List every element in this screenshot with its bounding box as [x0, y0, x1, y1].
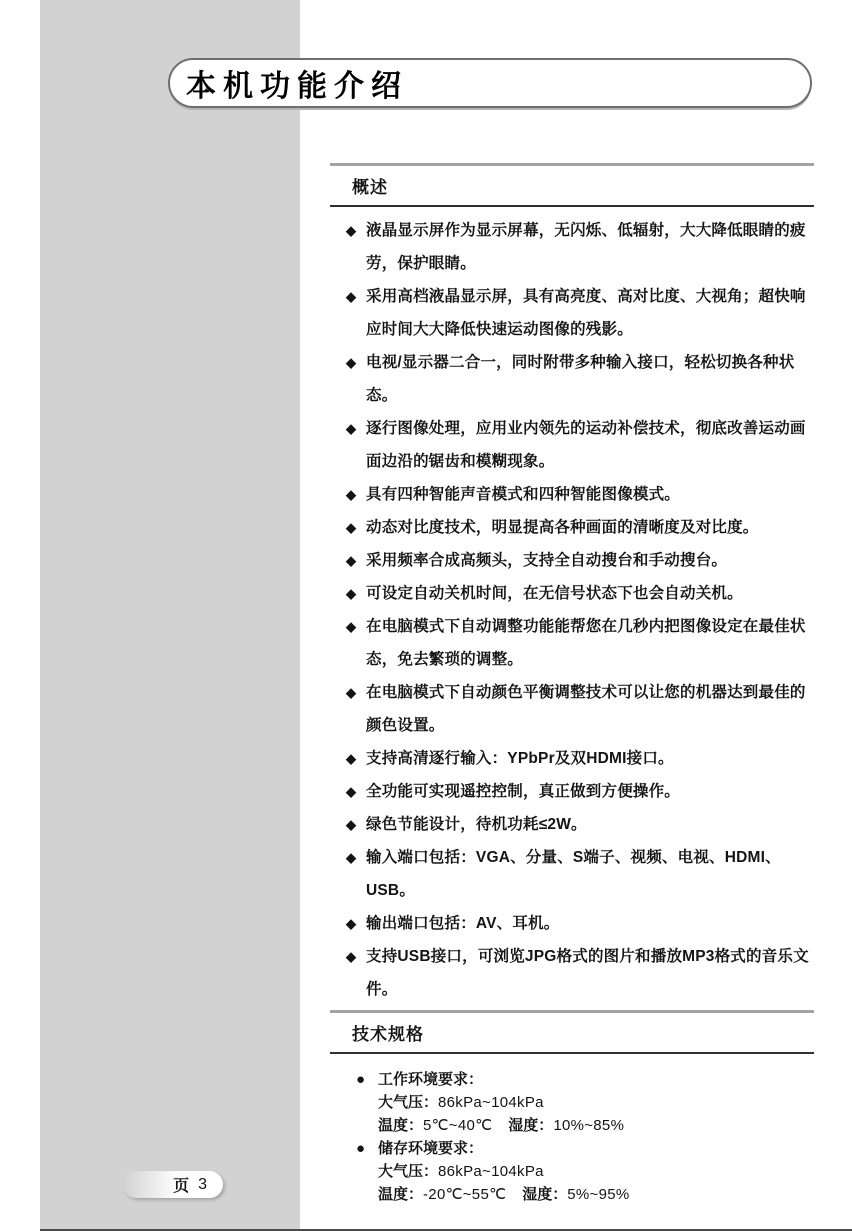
- spec-group-label: 储存环境要求：: [378, 1140, 483, 1157]
- feature-text: 电视/显示器二合一，同时附带多种输入接口，轻松切换各种状态。: [366, 354, 794, 404]
- spec-pair: 大气压：86kPa~104kPa: [378, 1163, 544, 1180]
- spec-pair: 温度：5℃~40℃: [378, 1117, 492, 1134]
- spec-label: 湿度：: [522, 1186, 567, 1203]
- feature-text: 支持USB接口，可浏览JPG格式的图片和播放MP3格式的音乐文件。: [366, 948, 809, 998]
- page-number: 3: [198, 1176, 207, 1194]
- feature-bullet: ◆全功能可实现遥控控制，真正做到方便操作。: [348, 775, 814, 808]
- feature-text: 在电脑模式下自动颜色平衡调整技术可以让您的机器达到最佳的颜色设置。: [366, 684, 806, 734]
- feature-bullet: ◆具有四种智能声音模式和四种智能图像模式。: [348, 478, 814, 511]
- diamond-bullet-icon: ◆: [346, 280, 356, 313]
- spec-group-label: 工作环境要求：: [378, 1071, 483, 1088]
- spec-value: 5℃~40℃: [423, 1117, 492, 1134]
- spec-label: 湿度：: [508, 1117, 553, 1134]
- feature-bullet: ◆采用频率合成高频头，支持全自动搜台和手动搜台。: [348, 544, 814, 577]
- spec-pair: 湿度：5%~95%: [522, 1186, 629, 1203]
- circle-bullet-icon: ●: [356, 1068, 365, 1091]
- feature-text: 全功能可实现遥控控制，真正做到方便操作。: [366, 783, 680, 800]
- spec-group-title: ●工作环境要求：: [358, 1068, 814, 1091]
- page-word-label: 页: [173, 1173, 189, 1196]
- spec-pair: 湿度：10%~85%: [508, 1117, 624, 1134]
- feature-text: 逐行图像处理，应用业内领先的运动补偿技术，彻底改善运动画面边沿的锯齿和模糊现象。: [366, 420, 806, 470]
- spec-line: 温度：-20℃~55℃湿度：5%~95%: [358, 1183, 814, 1206]
- feature-text: 动态对比度技术，明显提高各种画面的清晰度及对比度。: [366, 519, 759, 536]
- diamond-bullet-icon: ◆: [346, 676, 356, 709]
- spec-line: 大气压：86kPa~104kPa: [358, 1091, 814, 1114]
- page-title-banner: 本机功能介绍: [168, 58, 812, 108]
- feature-text: 输出端口包括：AV、耳机。: [366, 915, 559, 932]
- specs-section-header: 技术规格: [330, 1010, 814, 1054]
- feature-bullet: ◆绿色节能设计，待机功耗≤2W。: [348, 808, 814, 841]
- feature-text: 支持高清逐行输入：YPbPr及双HDMI接口。: [366, 750, 674, 767]
- spec-value: 86kPa~104kPa: [438, 1094, 544, 1111]
- feature-bullet: ◆可设定自动关机时间，在无信号状态下也会自动关机。: [348, 577, 814, 610]
- feature-bullet: ◆液晶显示屏作为显示屏幕，无闪烁、低辐射，大大降低眼睛的疲劳，保护眼睛。: [348, 214, 814, 280]
- diamond-bullet-icon: ◆: [346, 940, 356, 973]
- feature-text: 采用高档液晶显示屏，具有高亮度、高对比度、大视角；超快响应时间大大降低快速运动图…: [366, 288, 806, 338]
- feature-bullet: ◆输出端口包括：AV、耳机。: [348, 907, 814, 940]
- spec-line: 大气压：86kPa~104kPa: [358, 1160, 814, 1183]
- diamond-bullet-icon: ◆: [346, 346, 356, 379]
- diamond-bullet-icon: ◆: [346, 907, 356, 940]
- spec-value: 86kPa~104kPa: [438, 1163, 544, 1180]
- diamond-bullet-icon: ◆: [346, 742, 356, 775]
- diamond-bullet-icon: ◆: [346, 214, 356, 247]
- feature-text: 具有四种智能声音模式和四种智能图像模式。: [366, 486, 680, 503]
- spec-label: 温度：: [378, 1117, 423, 1134]
- left-margin-panel: [40, 0, 300, 1231]
- feature-text: 可设定自动关机时间，在无信号状态下也会自动关机。: [366, 585, 743, 602]
- spec-value: 5%~95%: [567, 1186, 629, 1203]
- feature-text: 绿色节能设计，待机功耗≤2W。: [366, 816, 587, 833]
- spec-line: 温度：5℃~40℃湿度：10%~85%: [358, 1114, 814, 1137]
- spec-label: 温度：: [378, 1186, 423, 1203]
- spec-value: -20℃~55℃: [423, 1186, 506, 1203]
- diamond-bullet-icon: ◆: [346, 775, 356, 808]
- feature-bullet: ◆在电脑模式下自动颜色平衡调整技术可以让您的机器达到最佳的颜色设置。: [348, 676, 814, 742]
- spec-pair: 温度：-20℃~55℃: [378, 1186, 506, 1203]
- spec-label: 大气压：: [378, 1094, 438, 1111]
- feature-text: 采用频率合成高频头，支持全自动搜台和手动搜台。: [366, 552, 727, 569]
- feature-bullet: ◆电视/显示器二合一，同时附带多种输入接口，轻松切换各种状态。: [348, 346, 814, 412]
- specs-list: ●工作环境要求：大气压：86kPa~104kPa温度：5℃~40℃湿度：10%~…: [330, 1068, 814, 1206]
- overview-list: ◆液晶显示屏作为显示屏幕，无闪烁、低辐射，大大降低眼睛的疲劳，保护眼睛。◆采用高…: [330, 214, 814, 1006]
- page-content: 概述 ◆液晶显示屏作为显示屏幕，无闪烁、低辐射，大大降低眼睛的疲劳，保护眼睛。◆…: [330, 163, 814, 1206]
- diamond-bullet-icon: ◆: [346, 808, 356, 841]
- circle-bullet-icon: ●: [356, 1137, 365, 1160]
- spec-value: 10%~85%: [553, 1117, 624, 1134]
- feature-bullet: ◆在电脑模式下自动调整功能能帮您在几秒内把图像设定在最佳状态，免去繁琐的调整。: [348, 610, 814, 676]
- spec-group-title: ●储存环境要求：: [358, 1137, 814, 1160]
- diamond-bullet-icon: ◆: [346, 478, 356, 511]
- page-number-pill: 页 3: [123, 1171, 223, 1198]
- feature-bullet: ◆输入端口包括：VGA、分量、S端子、视频、电视、HDMI、USB。: [348, 841, 814, 907]
- feature-text: 输入端口包括：VGA、分量、S端子、视频、电视、HDMI、USB。: [366, 849, 781, 899]
- feature-text: 液晶显示屏作为显示屏幕，无闪烁、低辐射，大大降低眼睛的疲劳，保护眼睛。: [366, 222, 806, 272]
- feature-bullet: ◆支持USB接口，可浏览JPG格式的图片和播放MP3格式的音乐文件。: [348, 940, 814, 1006]
- diamond-bullet-icon: ◆: [346, 610, 356, 643]
- diamond-bullet-icon: ◆: [346, 577, 356, 610]
- diamond-bullet-icon: ◆: [346, 841, 356, 874]
- diamond-bullet-icon: ◆: [346, 412, 356, 445]
- feature-bullet: ◆逐行图像处理，应用业内领先的运动补偿技术，彻底改善运动画面边沿的锯齿和模糊现象…: [348, 412, 814, 478]
- diamond-bullet-icon: ◆: [346, 544, 356, 577]
- spec-label: 大气压：: [378, 1163, 438, 1180]
- feature-bullet: ◆支持高清逐行输入：YPbPr及双HDMI接口。: [348, 742, 814, 775]
- feature-bullet: ◆采用高档液晶显示屏，具有高亮度、高对比度、大视角；超快响应时间大大降低快速运动…: [348, 280, 814, 346]
- spec-pair: 大气压：86kPa~104kPa: [378, 1094, 544, 1111]
- diamond-bullet-icon: ◆: [346, 511, 356, 544]
- overview-section-header: 概述: [330, 163, 814, 207]
- feature-bullet: ◆动态对比度技术，明显提高各种画面的清晰度及对比度。: [348, 511, 814, 544]
- feature-text: 在电脑模式下自动调整功能能帮您在几秒内把图像设定在最佳状态，免去繁琐的调整。: [366, 618, 806, 668]
- page-title: 本机功能介绍: [186, 61, 408, 105]
